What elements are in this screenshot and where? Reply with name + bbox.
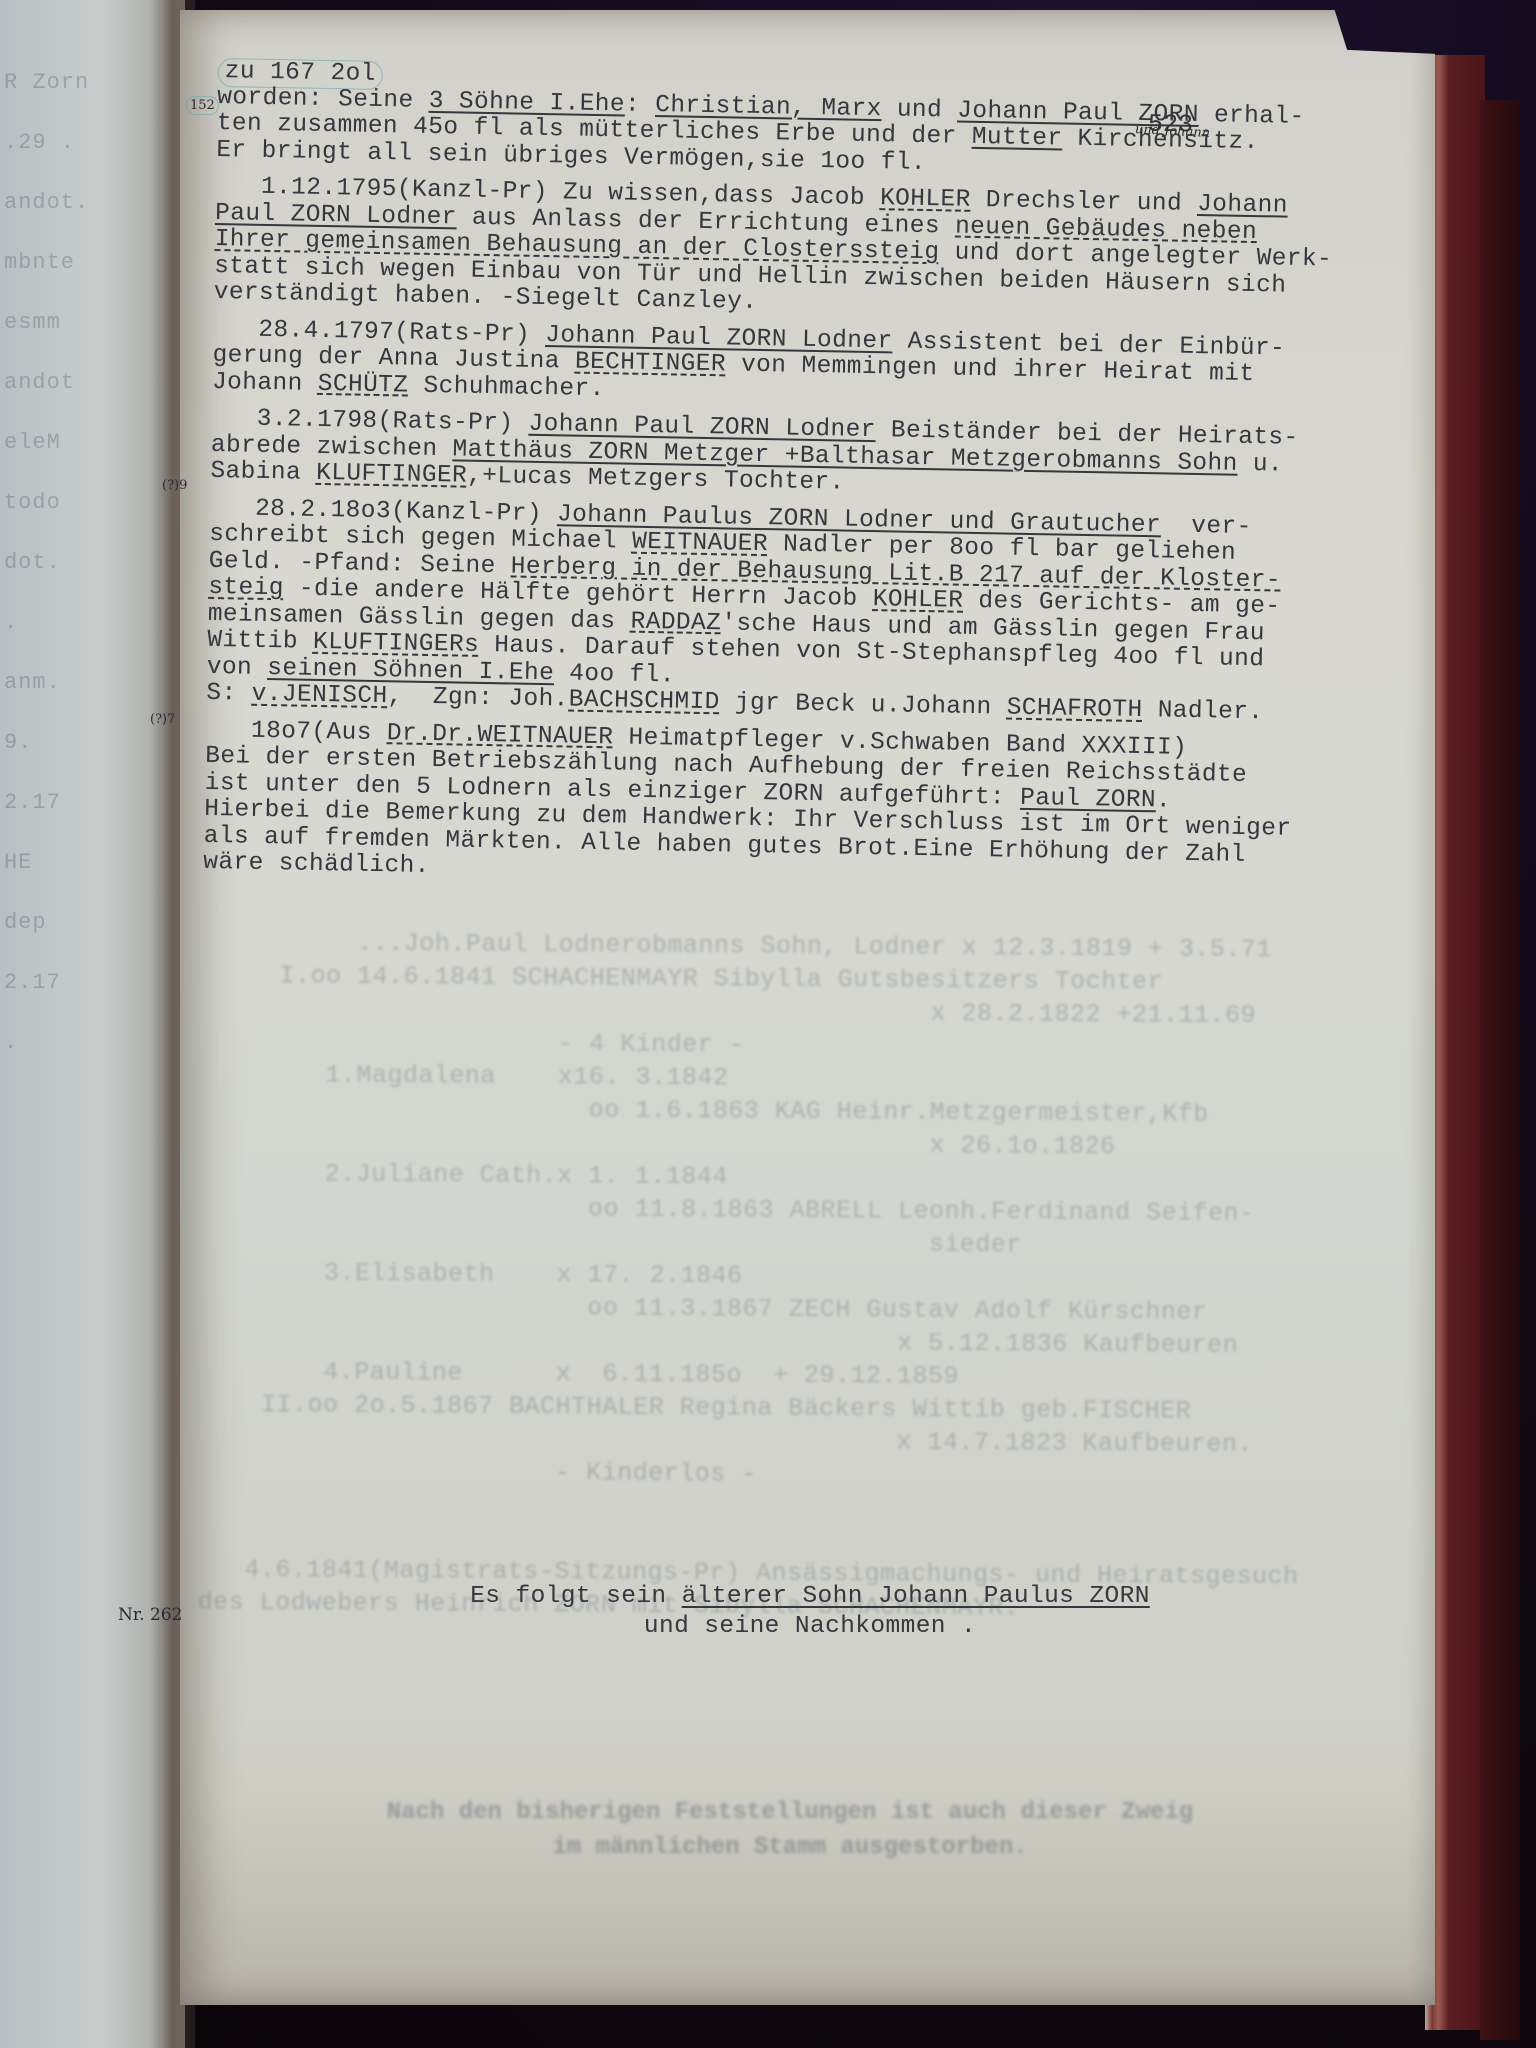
paragraph: 18o7(Aus Dr.Dr.WEITNAUER Heimatpfleger v…: [203, 717, 1426, 898]
typewritten-body: zu 167 2ol worden: Seine 3 Söhne I.Ehe: …: [203, 58, 1438, 899]
left-page-text-fragment: todo: [4, 490, 61, 515]
closing-note: Es folgt sein älterer Sohn Johann Paulus…: [360, 1582, 1260, 1642]
left-page-text-fragment: .: [4, 610, 18, 635]
margin-note: 152: [186, 98, 219, 113]
left-page-text-fragment: 2.17: [4, 790, 61, 815]
book-cover-shadow: [1480, 100, 1520, 2040]
left-page-text-fragment: esmm: [4, 310, 61, 335]
left-page-text-fragment: dot.: [4, 550, 61, 575]
left-page-text-fragment: andot.: [4, 190, 89, 215]
left-page-text-fragment: R Zorn: [4, 70, 89, 95]
left-page-text-fragment: andot: [4, 370, 75, 395]
left-page-text-fragment: HE: [4, 850, 32, 875]
page-bottom-shade: [180, 1800, 1435, 2005]
left-page-text-fragment: .29 .: [4, 130, 75, 155]
left-page-text-fragment: .: [4, 1030, 18, 1055]
margin-note: (?)7: [150, 712, 175, 727]
bleed-through-text: ...Joh.Paul Lodnerobmanns Sohn, Lodner x…: [198, 926, 1433, 1628]
left-page-text-fragment: dep: [4, 910, 47, 935]
closing-underlined: älterer Sohn Johann Paulus ZORN: [682, 1583, 1150, 1610]
left-page-text-fragment: anm.: [4, 670, 61, 695]
left-page-text-fragment: eleM: [4, 430, 61, 455]
paragraph: 1.12.1795(Kanzl-Pr) Zu wissen,dass Jacob…: [213, 174, 1435, 329]
margin-note: Nr. 262: [118, 1605, 182, 1625]
left-page-text-fragment: 9.: [4, 730, 32, 755]
paragraph: 28.2.18o3(Kanzl-Pr) Johann Paulus ZORN L…: [206, 495, 1430, 729]
left-page-text-fragment: 2.17: [4, 970, 61, 995]
margin-note: (?)9: [162, 478, 187, 493]
left-page-text-fragment: mbnte: [4, 250, 75, 275]
